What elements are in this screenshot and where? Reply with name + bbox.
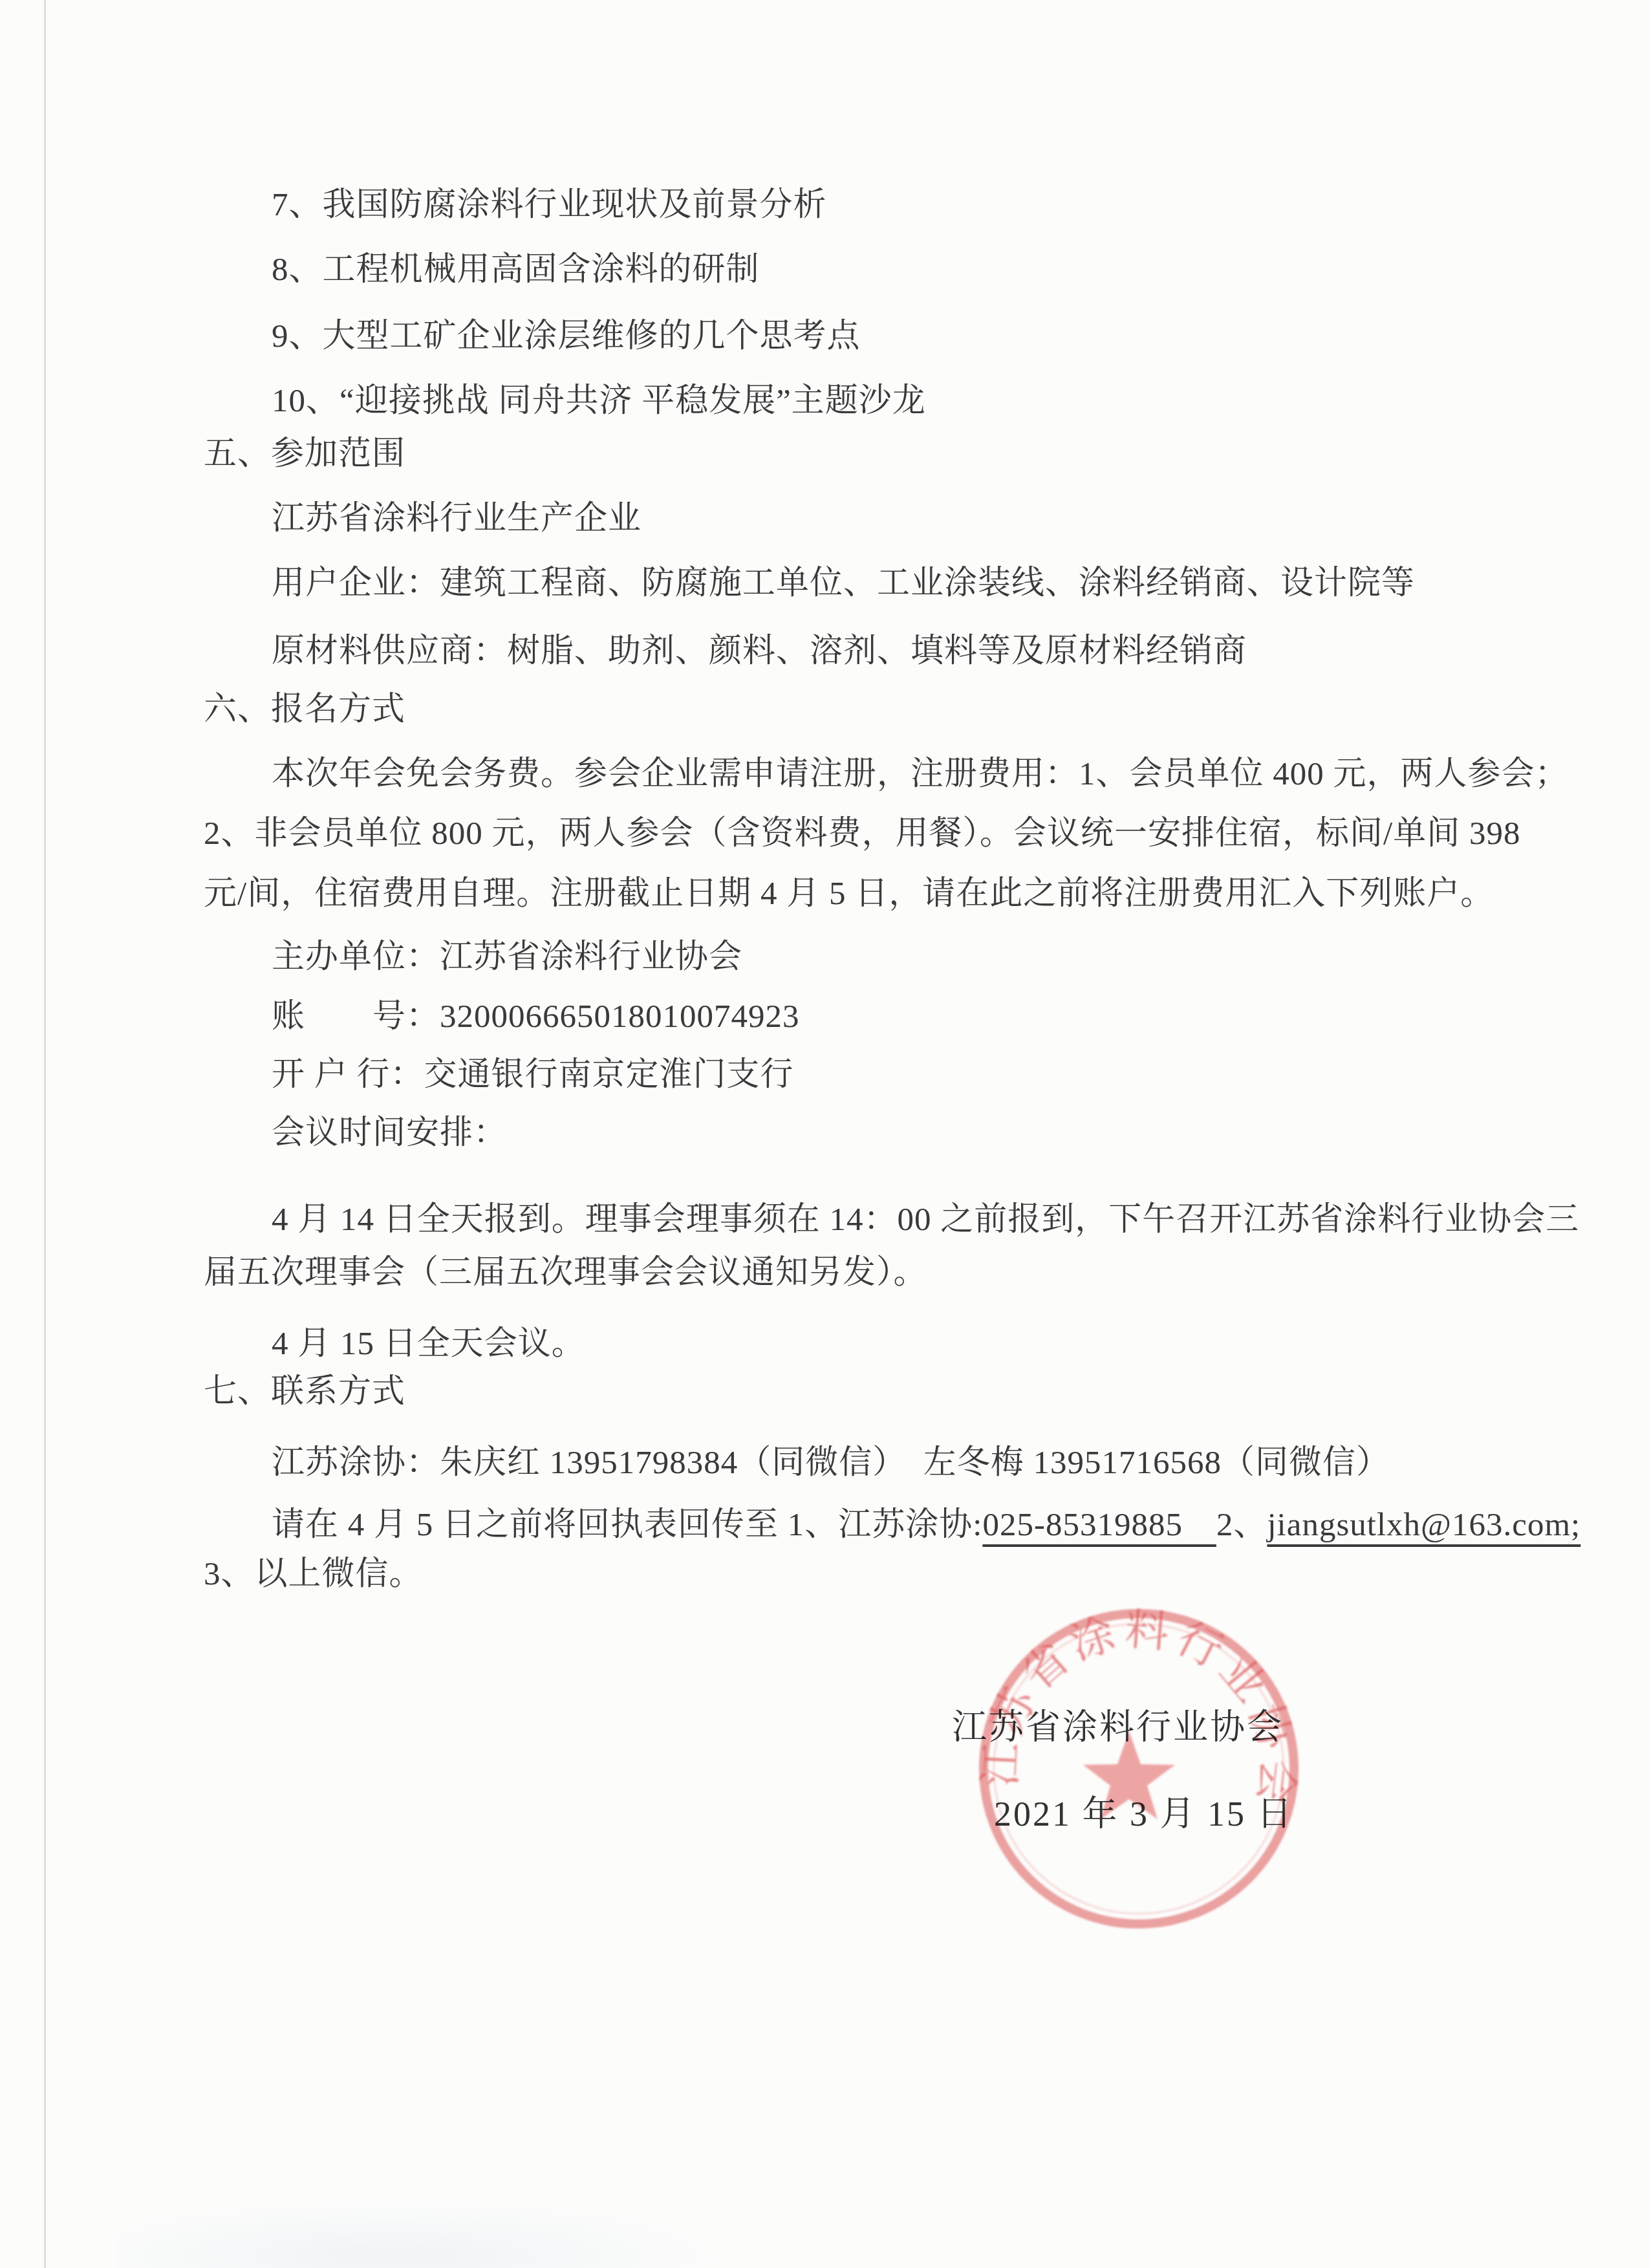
contact-persons-line: 江苏涂协：朱庆红 13951798384（同微信） 左冬梅 1395171656… (272, 1443, 1390, 1482)
section-heading-scope: 五、参加范围 (204, 435, 405, 473)
registration-fee-line-2: 2、非会员单位 800 元，两人参会（含资料费，用餐）。会议统一安排住宿，标间/… (204, 814, 1520, 853)
agenda-item-7: 7、我国防腐涂料行业现状及前景分析 (272, 186, 827, 224)
host-organizer-line: 主办单位：江苏省涂料行业协会 (272, 938, 742, 977)
scope-users-line: 用户企业：建筑工程商、防腐施工单位、工业涂装线、涂料经销商、设计院等 (272, 564, 1415, 603)
registration-fee-line-1: 本次年会免会务费。参会企业需申请注册，注册费用：1、会员单位 400 元，两人参… (272, 755, 1569, 794)
scanned-document-page: 7、我国防腐涂料行业现状及前景分析 8、工程机械用高固含涂料的研制 9、大型工矿… (0, 0, 1649, 2268)
schedule-apr15-line: 4 月 15 日全天会议。 (272, 1324, 585, 1363)
section-heading-contact: 七、联系方式 (204, 1372, 405, 1411)
scan-edge-line (44, 0, 46, 2268)
scope-suppliers-line: 原材料供应商：树脂、助剂、颜料、溶剂、填料等及原材料经销商 (272, 632, 1247, 671)
bank-account-number-line: 账 号：320006665018010074923 (272, 997, 800, 1036)
schedule-apr14-line-2: 届五次理事会（三届五次理事会会议通知另发）。 (204, 1253, 927, 1292)
contact-fax-number: 025-85319885 (982, 1507, 1216, 1543)
signature-org: 江苏省涂料行业协会 (952, 1700, 1284, 1749)
registration-fee-line-3: 元/间，住宿费用自理。注册截止日期 4 月 5 日，请在此之前将注册费用汇入下列… (204, 874, 1494, 913)
scan-smudge (116, 2199, 731, 2268)
return-receipt-line: 请在 4 月 5 日之前将回执表回传至 1、江苏涂协:025-85319885 … (272, 1506, 1580, 1544)
bank-branch-line: 开 户 行：交通银行南京定淮门支行 (272, 1055, 794, 1094)
agenda-item-8: 8、工程机械用高固含涂料的研制 (272, 250, 760, 289)
schedule-apr14-line-1: 4 月 14 日全天报到。理事会理事须在 14：00 之前报到，下午召开江苏省涂… (272, 1200, 1579, 1239)
signature-date: 2021 年 3 月 15 日 (994, 1786, 1294, 1836)
seal-inner-ring (994, 1624, 1284, 1914)
return-receipt-prefix: 请在 4 月 5 日之前将回执表回传至 1、江苏涂协: (272, 1507, 982, 1543)
agenda-item-9: 9、大型工矿企业涂层维修的几个思考点 (272, 317, 861, 356)
contact-email: jiangsutlxh@163.com; (1267, 1507, 1580, 1543)
section-heading-registration: 六、报名方式 (204, 690, 405, 729)
closing-line: 3、以上微信。 (204, 1555, 423, 1593)
schedule-heading-line: 会议时间安排： (272, 1114, 507, 1152)
scope-producers-line: 江苏省涂料行业生产企业 (272, 499, 641, 538)
agenda-item-10: 10、“迎接挑战 同舟共济 平稳发展”主题沙龙 (272, 382, 926, 420)
return-receipt-mid: 2、 (1216, 1507, 1267, 1543)
seal-outer-ring (984, 1614, 1294, 1924)
